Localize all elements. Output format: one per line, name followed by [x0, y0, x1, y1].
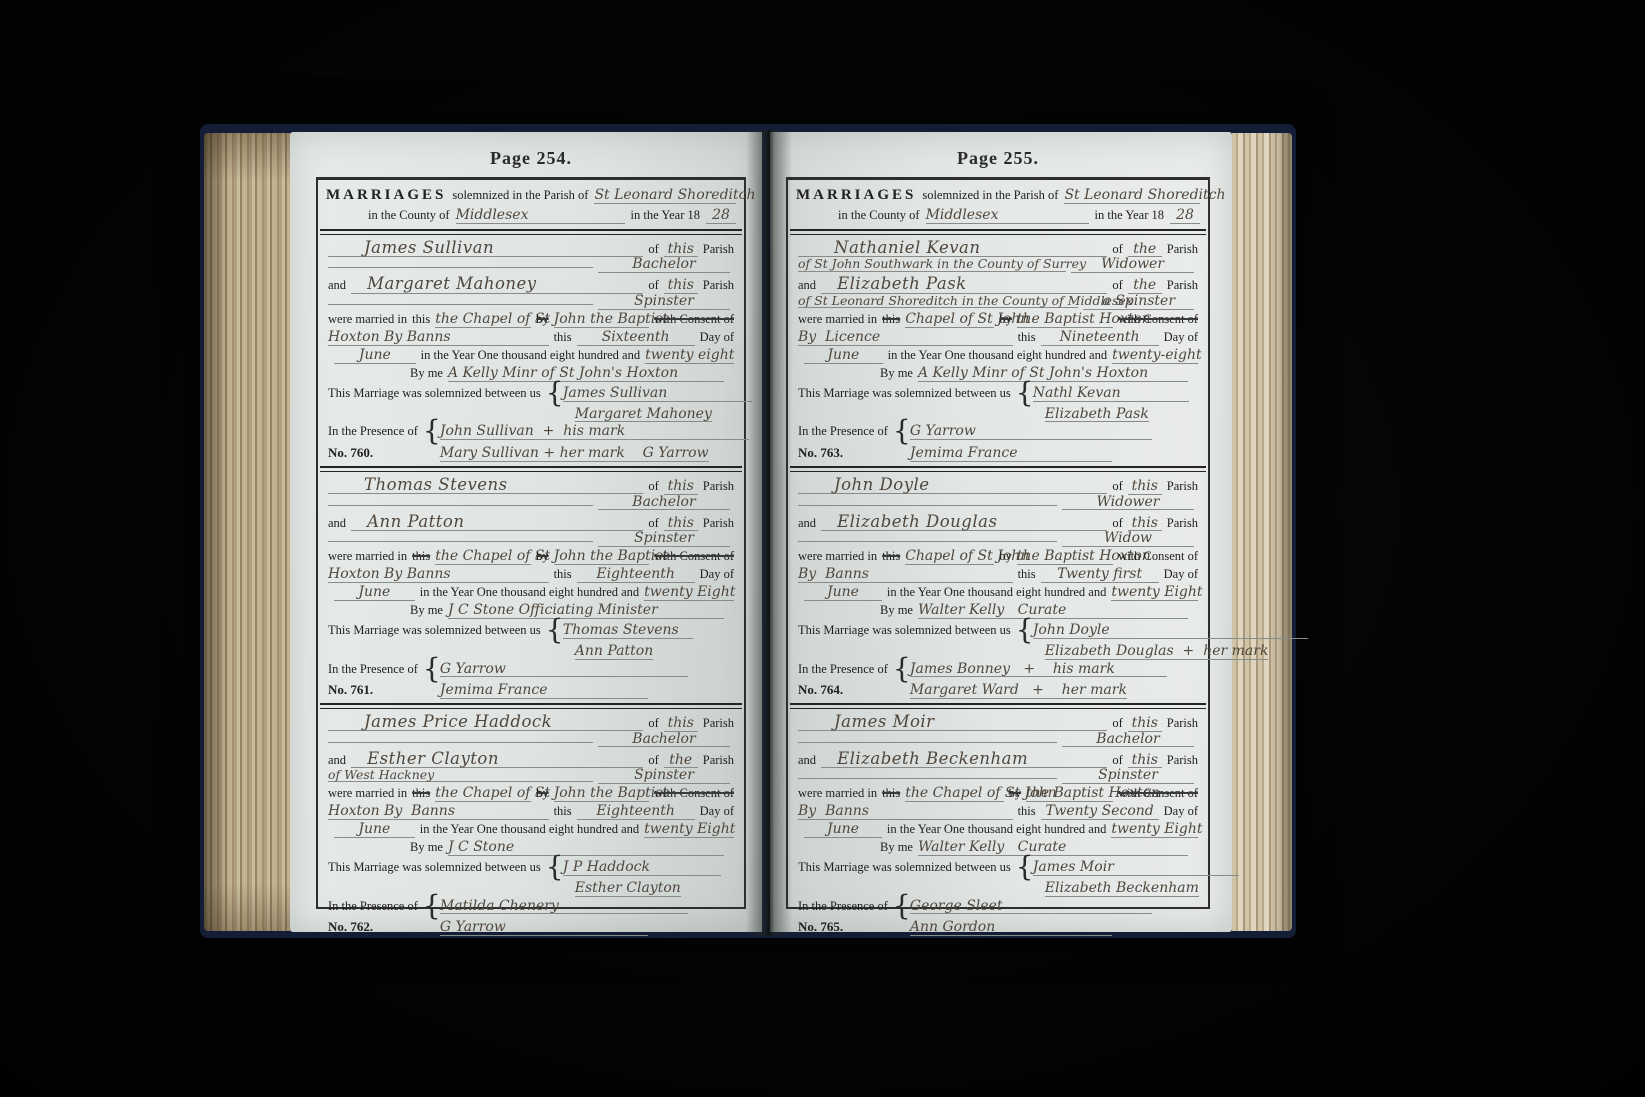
- officiant-signature: A Kelly Minr of St John's Hoxton: [918, 366, 1188, 382]
- groom-condition-row: Widower: [798, 495, 1198, 513]
- record-number: No. 765.: [798, 919, 843, 935]
- year-handwritten: 28: [706, 208, 736, 224]
- banns-handwritten: By Licence: [798, 330, 1013, 346]
- bride-signature: Margaret Mahoney: [575, 407, 712, 423]
- banns-handwritten: Hoxton By Banns: [328, 330, 549, 346]
- witnesses-block: In the Presence of { James Bonney + his …: [798, 660, 1198, 699]
- by-me-label: By me: [880, 840, 913, 855]
- banns-day-row: By Licence this Nineteenth Day of: [798, 330, 1198, 348]
- bride-abode: [798, 778, 1057, 779]
- bride-signature: Elizabeth Beckenham: [1045, 881, 1199, 897]
- bride-condition-row: Spinster: [798, 768, 1198, 786]
- parish-label: Parish: [703, 278, 734, 293]
- brace-glyph: {: [423, 665, 435, 673]
- parish-label: Parish: [1167, 716, 1198, 731]
- year-words-handwritten: twenty Eight: [644, 822, 734, 838]
- bride-condition: a Spinster: [1083, 294, 1194, 310]
- officiant-row: By me Walter Kelly Curate: [798, 603, 1198, 621]
- marriage-record: James Moir of this Parish Bachelor and E…: [796, 702, 1200, 939]
- banns-handwritten: By Banns: [798, 804, 1013, 820]
- brace-glyph: {: [423, 902, 435, 910]
- of-label: of: [648, 479, 658, 494]
- by-whom-handwritten: John the Baptist: [554, 549, 650, 565]
- day-of-label: Day of: [700, 804, 734, 819]
- year-words-handwritten: twenty Eight: [644, 585, 734, 601]
- banns-day-row: Hoxton By Banns this Eighteenth Day of: [328, 567, 734, 585]
- groom-name: James Moir: [798, 713, 1107, 731]
- groom-row: Thomas Stevens of this Parish: [328, 476, 734, 495]
- county-label: in the County of: [368, 208, 450, 223]
- witnesses-block: In the Presence of { George Sleet No. 76…: [798, 897, 1198, 936]
- solemnized-in-parish-label: solemnized in the Parish of: [922, 188, 1058, 203]
- bride-condition: Spinster: [598, 768, 730, 784]
- witness-1: George Sleet: [910, 899, 1152, 915]
- officiant-row: By me A Kelly Minr of St John's Hoxton: [798, 366, 1198, 384]
- solemnized-label: This Marriage was solemnized between us: [328, 623, 541, 638]
- of-label: of: [1112, 278, 1122, 293]
- groom-of-handwritten: this: [1128, 479, 1162, 495]
- bride-name: Elizabeth Beckenham: [821, 750, 1107, 768]
- bride-name: Elizabeth Douglas: [821, 513, 1107, 531]
- records-right: Nathaniel Kevan of the Parish of St John…: [796, 228, 1200, 939]
- solemnized-label: This Marriage was solemnized between us: [798, 623, 1011, 638]
- day-handwritten: Eighteenth: [577, 804, 695, 820]
- solemnized-label: This Marriage was solemnized between us: [328, 860, 541, 875]
- bride-of-handwritten: this: [664, 278, 698, 294]
- county-handwritten: Middlesex: [926, 208, 1089, 224]
- by-whom-handwritten: the Baptist Hoxton: [1017, 312, 1113, 328]
- chapel-handwritten: the Chapel of St: [435, 549, 531, 565]
- this-word: this: [882, 312, 900, 327]
- brace-glyph: {: [546, 389, 558, 397]
- this-word: this: [412, 312, 430, 327]
- groom-condition-row: Bachelor: [328, 732, 734, 750]
- records-left: James Sullivan of this Parish Bachelor a…: [326, 228, 736, 939]
- year-words-handwritten: twenty Eight: [1111, 585, 1198, 601]
- consent-label: with Consent of: [654, 786, 734, 801]
- bride-row: and Esther Clayton of the Parish: [328, 750, 734, 769]
- parish-name-handwritten: St Leonard Shoreditch: [1064, 188, 1200, 204]
- by-me-label: By me: [410, 603, 443, 618]
- groom-signature: John Doyle: [1033, 623, 1309, 639]
- witness-1: G Yarrow: [910, 424, 1152, 440]
- bride-name: Margaret Mahoney: [351, 275, 643, 293]
- groom-name: James Price Haddock: [328, 713, 643, 731]
- bride-abode: [328, 304, 593, 305]
- this-label: this: [554, 567, 572, 582]
- year-words-handwritten: twenty eight: [645, 348, 734, 364]
- married-in-row: were married in this the Chapel of St Jo…: [798, 786, 1198, 804]
- parish-label: Parish: [1167, 516, 1198, 531]
- witness-1: John Sullivan + his mark: [440, 424, 749, 440]
- by-whom-handwritten: John the Baptist: [554, 786, 650, 802]
- groom-abode: of St John Southwark in the County of Su…: [798, 257, 1066, 271]
- groom-of-handwritten: this: [664, 716, 698, 732]
- of-label: of: [1112, 753, 1122, 768]
- banns-day-row: Hoxton By Banns this Eighteenth Day of: [328, 804, 734, 822]
- bride-signature: Elizabeth Pask: [1045, 407, 1149, 423]
- in-the-year-label: in the Year One thousand eight hundred a…: [421, 348, 640, 363]
- day-handwritten: Twenty first: [1041, 567, 1159, 583]
- page-stack-edge-right: [1232, 133, 1292, 931]
- married-in-row: were married in this the Chapel of St by…: [328, 786, 734, 804]
- presence-label: In the Presence of: [798, 424, 888, 439]
- and-label: and: [328, 278, 346, 293]
- solemnized-label: This Marriage was solemnized between us: [798, 386, 1011, 401]
- bride-condition-row: Spinster: [328, 294, 734, 312]
- bride-condition: Spinster: [1062, 768, 1194, 784]
- groom-row: John Doyle of this Parish: [798, 476, 1198, 495]
- day-of-label: Day of: [1164, 567, 1198, 582]
- banns-day-row: By Banns this Twenty Second Day of: [798, 804, 1198, 822]
- witnesses-block: In the Presence of { Matilda Chenery No.…: [328, 897, 734, 936]
- witness-2: G Yarrow: [440, 920, 648, 936]
- groom-signature: James Moir: [1033, 860, 1239, 876]
- officiant-row: By me J C Stone: [328, 840, 734, 858]
- year-row: June in the Year One thousand eight hund…: [798, 585, 1198, 603]
- witnesses-block: In the Presence of { G Yarrow No. 761. J…: [328, 660, 734, 699]
- groom-signature: Thomas Stevens: [563, 623, 693, 639]
- presence-label: In the Presence of: [798, 662, 888, 677]
- this-label: this: [554, 330, 572, 345]
- groom-abode: [328, 267, 593, 268]
- solemnized-label: This Marriage was solemnized between us: [798, 860, 1011, 875]
- by-word: by: [999, 312, 1012, 327]
- were-married-in-label: were married in: [328, 786, 407, 801]
- in-the-year-label: in the Year One thousand eight hundred a…: [888, 348, 1107, 363]
- solemnized-block: This Marriage was solemnized between us …: [328, 858, 734, 896]
- banns-handwritten: By Banns: [798, 567, 1013, 583]
- year-words-handwritten: twenty Eight: [1111, 822, 1198, 838]
- were-married-in-label: were married in: [798, 786, 877, 801]
- witnesses-block: In the Presence of { John Sullivan + his…: [328, 422, 734, 461]
- marriage-record: James Sullivan of this Parish Bachelor a…: [326, 228, 736, 465]
- officiant-signature: Walter Kelly Curate: [918, 603, 1188, 619]
- marriages-heading: MARRIAGES: [796, 187, 916, 204]
- parish-label: Parish: [703, 242, 734, 257]
- bride-name: Elizabeth Pask: [821, 275, 1107, 293]
- consent-label: with Consent of: [1118, 549, 1198, 564]
- groom-condition: Bachelor: [598, 732, 730, 748]
- parish-label: Parish: [1167, 479, 1198, 494]
- of-label: of: [648, 242, 658, 257]
- groom-row: James Moir of this Parish: [798, 713, 1198, 732]
- banns-handwritten: Hoxton By Banns: [328, 567, 549, 583]
- witness-2: Ann Gordon: [910, 920, 1112, 936]
- witness-1: Matilda Chenery: [440, 899, 688, 915]
- groom-name: Thomas Stevens: [328, 476, 643, 494]
- were-married-in-label: were married in: [798, 549, 877, 564]
- groom-condition: Widower: [1071, 257, 1194, 273]
- day-of-label: Day of: [1164, 330, 1198, 345]
- day-of-label: Day of: [1164, 804, 1198, 819]
- marriage-record: James Price Haddock of this Parish Bache…: [326, 702, 736, 939]
- year-row: June in the Year One thousand eight hund…: [328, 348, 734, 366]
- bride-of-handwritten: this: [664, 516, 698, 532]
- consent-label: with Consent of: [654, 312, 734, 327]
- chapel-handwritten: the Chapel of St: [435, 312, 531, 328]
- by-whom-handwritten: the Baptist Hoxton: [1017, 549, 1113, 565]
- book-cover: Page 254. MARRIAGES solemnized in the Pa…: [200, 124, 1296, 938]
- year-row: June in the Year One thousand eight hund…: [798, 822, 1198, 840]
- brace-glyph: {: [893, 665, 905, 673]
- chapel-handwritten: the Chapel of St: [435, 786, 531, 802]
- year-row: June in the Year One thousand eight hund…: [798, 348, 1198, 366]
- bride-row: and Ann Patton of this Parish: [328, 513, 734, 532]
- chapel-handwritten: the Chapel of St John: [905, 786, 1003, 802]
- bride-of-handwritten: the: [1128, 278, 1162, 294]
- bride-abode: of West Hackney: [328, 768, 593, 782]
- marriages-heading: MARRIAGES: [326, 187, 446, 204]
- this-word: this: [412, 549, 430, 564]
- bride-condition: Spinster: [598, 294, 730, 310]
- this-label: this: [1018, 330, 1036, 345]
- register-form: MARRIAGES solemnized in the Parish of St…: [316, 177, 746, 909]
- in-the-year-label: in the Year One thousand eight hundred a…: [887, 585, 1106, 600]
- by-word: by: [1009, 786, 1022, 801]
- parish-label: Parish: [1167, 278, 1198, 293]
- day-handwritten: Twenty Second: [1041, 804, 1159, 820]
- bride-name: Ann Patton: [351, 513, 643, 531]
- by-whom-handwritten: the Baptist Hoxton: [1026, 786, 1113, 802]
- married-in-row: were married in this Chapel of St John b…: [798, 312, 1198, 330]
- groom-signature: J P Haddock: [563, 860, 721, 876]
- consent-label: with Consent of: [654, 549, 734, 564]
- brace-glyph: {: [1016, 626, 1028, 634]
- day-handwritten: Nineteenth: [1041, 330, 1159, 346]
- year-row: June in the Year One thousand eight hund…: [328, 585, 734, 603]
- officiant-signature: Walter Kelly Curate: [918, 840, 1188, 856]
- this-word: this: [882, 549, 900, 564]
- year-label: in the Year 18: [631, 208, 700, 223]
- groom-abode: [798, 742, 1057, 743]
- groom-condition: Bachelor: [1062, 732, 1194, 748]
- solemnized-in-parish-label: solemnized in the Parish of: [452, 188, 588, 203]
- and-label: and: [798, 516, 816, 531]
- parish-name-handwritten: St Leonard Shoreditch: [594, 188, 736, 204]
- officiant-signature: A Kelly Minr of St John's Hoxton: [448, 366, 724, 382]
- marriage-record: Thomas Stevens of this Parish Bachelor a…: [326, 465, 736, 702]
- bride-row: and Elizabeth Pask of the Parish: [798, 275, 1198, 294]
- groom-name: John Doyle: [798, 476, 1107, 494]
- witness-2: Mary Sullivan + her mark G Yarrow: [440, 446, 709, 462]
- banns-handwritten: Hoxton By Banns: [328, 804, 549, 820]
- were-married-in-label: were married in: [798, 312, 877, 327]
- of-label: of: [648, 753, 658, 768]
- witness-1: James Bonney + his mark: [910, 662, 1167, 678]
- groom-condition-row: Bachelor: [328, 495, 734, 513]
- parish-label: Parish: [1167, 753, 1198, 768]
- in-the-year-label: in the Year One thousand eight hundred a…: [420, 585, 639, 600]
- this-label: this: [1018, 567, 1036, 582]
- brace-glyph: {: [546, 863, 558, 871]
- bride-condition-row: of St Leonard Shoreditch in the County o…: [798, 294, 1198, 312]
- consent-label: with Consent of: [1118, 312, 1198, 327]
- form-header-line2: in the County of Middlesex in the Year 1…: [326, 208, 736, 224]
- day-handwritten: Eighteenth: [577, 567, 695, 583]
- bride-name: Esther Clayton: [351, 750, 643, 768]
- groom-row: James Price Haddock of this Parish: [328, 713, 734, 732]
- by-whom-handwritten: John the Baptist: [554, 312, 650, 328]
- of-label: of: [1112, 516, 1122, 531]
- presence-label: In the Presence of: [328, 424, 418, 439]
- and-label: and: [798, 278, 816, 293]
- record-number: No. 761.: [328, 682, 373, 698]
- month-handwritten: June: [334, 585, 415, 601]
- record-number: No. 764.: [798, 682, 843, 698]
- record-number: No. 760.: [328, 445, 373, 461]
- by-me-label: By me: [410, 840, 443, 855]
- marriage-record: Nathaniel Kevan of the Parish of St John…: [796, 228, 1200, 465]
- in-the-year-label: in the Year One thousand eight hundred a…: [887, 822, 1106, 837]
- day-of-label: Day of: [700, 567, 734, 582]
- of-label: of: [648, 516, 658, 531]
- brace-glyph: {: [546, 626, 558, 634]
- county-handwritten: Middlesex: [456, 208, 625, 224]
- groom-signature: Nathl Kevan: [1033, 386, 1189, 402]
- chapel-handwritten: Chapel of St John: [905, 549, 994, 565]
- in-the-year-label: in the Year One thousand eight hundred a…: [420, 822, 639, 837]
- groom-abode: [328, 505, 593, 506]
- page-255: Page 255. MARRIAGES solemnized in the Pa…: [770, 132, 1232, 932]
- witness-2: Margaret Ward + her mark: [910, 683, 1127, 699]
- bride-abode: [798, 541, 1057, 542]
- officiant-row: By me J C Stone Officiating Minister: [328, 603, 734, 621]
- bride-row: and Margaret Mahoney of this Parish: [328, 275, 734, 294]
- groom-signature: James Sullivan: [563, 386, 752, 402]
- brace-glyph: {: [423, 427, 435, 435]
- married-in-row: were married in this the Chapel of St by…: [328, 549, 734, 567]
- officiant-signature: J C Stone Officiating Minister: [448, 603, 724, 619]
- parish-label: Parish: [703, 753, 734, 768]
- bride-condition-row: Spinster: [328, 531, 734, 549]
- form-header-line1: MARRIAGES solemnized in the Parish of St…: [796, 187, 1200, 204]
- bride-row: and Elizabeth Douglas of this Parish: [798, 513, 1198, 532]
- bride-signature: Elizabeth Douglas + her mark: [1045, 644, 1269, 660]
- groom-abode: [798, 505, 1057, 506]
- solemnized-block: This Marriage was solemnized between us …: [328, 384, 734, 422]
- groom-condition-row: Bachelor: [798, 732, 1198, 750]
- day-handwritten: Sixteenth: [577, 330, 695, 346]
- bride-signature: Ann Patton: [575, 644, 653, 660]
- chapel-handwritten: Chapel of St John: [905, 312, 994, 328]
- form-header-line1: MARRIAGES solemnized in the Parish of St…: [326, 187, 736, 204]
- groom-of-handwritten: this: [1128, 716, 1162, 732]
- married-in-row: were married in this the Chapel of St by…: [328, 312, 734, 330]
- officiant-row: By me A Kelly Minr of St John's Hoxton: [328, 366, 734, 384]
- bride-condition-row: Widow: [798, 531, 1198, 549]
- presence-label: In the Presence of: [798, 899, 888, 914]
- were-married-in-label: were married in: [328, 312, 407, 327]
- groom-row: Nathaniel Kevan of the Parish: [798, 239, 1198, 258]
- bride-of-handwritten: the: [664, 753, 698, 769]
- banns-day-row: Hoxton By Banns this Sixteenth Day of: [328, 330, 734, 348]
- bride-of-handwritten: this: [1128, 753, 1162, 769]
- form-header-line2: in the County of Middlesex in the Year 1…: [796, 208, 1200, 224]
- brace-glyph: {: [893, 902, 905, 910]
- groom-condition-row: Bachelor: [328, 257, 734, 275]
- bride-abode: of St Leonard Shoreditch in the County o…: [798, 294, 1078, 308]
- this-word: this: [412, 786, 430, 801]
- bride-abode: [328, 541, 593, 542]
- of-label: of: [648, 278, 658, 293]
- year-row: June in the Year One thousand eight hund…: [328, 822, 734, 840]
- record-number: No. 763.: [798, 445, 843, 461]
- by-word: by: [999, 549, 1012, 564]
- brace-glyph: {: [1016, 389, 1028, 397]
- witness-2: Jemima France: [440, 683, 648, 699]
- groom-condition: Bachelor: [598, 257, 730, 273]
- solemnized-block: This Marriage was solemnized between us …: [798, 384, 1198, 422]
- county-label: in the County of: [838, 208, 920, 223]
- parish-label: Parish: [703, 479, 734, 494]
- year-label: in the Year 18: [1095, 208, 1164, 223]
- by-word: by: [536, 786, 549, 801]
- of-label: of: [1112, 479, 1122, 494]
- bride-of-handwritten: this: [1128, 516, 1162, 532]
- parish-label: Parish: [1167, 242, 1198, 257]
- by-word: by: [536, 549, 549, 564]
- solemnized-label: This Marriage was solemnized between us: [328, 386, 541, 401]
- by-me-label: By me: [880, 366, 913, 381]
- witness-2: Jemima France: [910, 446, 1112, 462]
- groom-condition: Widower: [1062, 495, 1194, 511]
- presence-label: In the Presence of: [328, 899, 418, 914]
- banns-day-row: By Banns this Twenty first Day of: [798, 567, 1198, 585]
- of-label: of: [648, 716, 658, 731]
- month-handwritten: June: [334, 348, 416, 364]
- and-label: and: [798, 753, 816, 768]
- this-label: this: [1018, 804, 1036, 819]
- groom-condition-row: of St John Southwark in the County of Su…: [798, 257, 1198, 275]
- bride-row: and Elizabeth Beckenham of this Parish: [798, 750, 1198, 769]
- this-word: this: [882, 786, 900, 801]
- this-label: this: [554, 804, 572, 819]
- page-number-label: Page 254.: [316, 148, 746, 169]
- consent-label: with Consent of: [1118, 786, 1198, 801]
- solemnized-block: This Marriage was solemnized between us …: [798, 621, 1198, 659]
- and-label: and: [328, 753, 346, 768]
- parish-label: Parish: [703, 516, 734, 531]
- groom-name: Nathaniel Kevan: [798, 239, 1107, 257]
- month-handwritten: June: [334, 822, 415, 838]
- were-married-in-label: were married in: [328, 549, 407, 564]
- solemnized-block: This Marriage was solemnized between us …: [798, 858, 1198, 896]
- groom-of-handwritten: this: [664, 479, 698, 495]
- brace-glyph: {: [893, 427, 905, 435]
- bride-signature: Esther Clayton: [575, 881, 681, 897]
- year-words-handwritten: twenty-eight: [1112, 348, 1198, 364]
- by-me-label: By me: [410, 366, 443, 381]
- page-stack-edge-left: [204, 133, 290, 931]
- witness-1: G Yarrow: [440, 662, 688, 678]
- month-handwritten: June: [804, 822, 882, 838]
- groom-condition: Bachelor: [598, 495, 730, 511]
- presence-label: In the Presence of: [328, 662, 418, 677]
- married-in-row: were married in this Chapel of St John b…: [798, 549, 1198, 567]
- day-of-label: Day of: [700, 330, 734, 345]
- year-handwritten: 28: [1170, 208, 1200, 224]
- record-number: No. 762.: [328, 919, 373, 935]
- month-handwritten: June: [804, 585, 882, 601]
- by-word: by: [536, 312, 549, 327]
- groom-row: James Sullivan of this Parish: [328, 239, 734, 258]
- page-254: Page 254. MARRIAGES solemnized in the Pa…: [290, 132, 762, 932]
- bride-condition: Spinster: [598, 531, 730, 547]
- brace-glyph: {: [1016, 863, 1028, 871]
- witnesses-block: In the Presence of { G Yarrow No. 763. J…: [798, 422, 1198, 461]
- bride-condition-row: of West Hackney Spinster: [328, 768, 734, 786]
